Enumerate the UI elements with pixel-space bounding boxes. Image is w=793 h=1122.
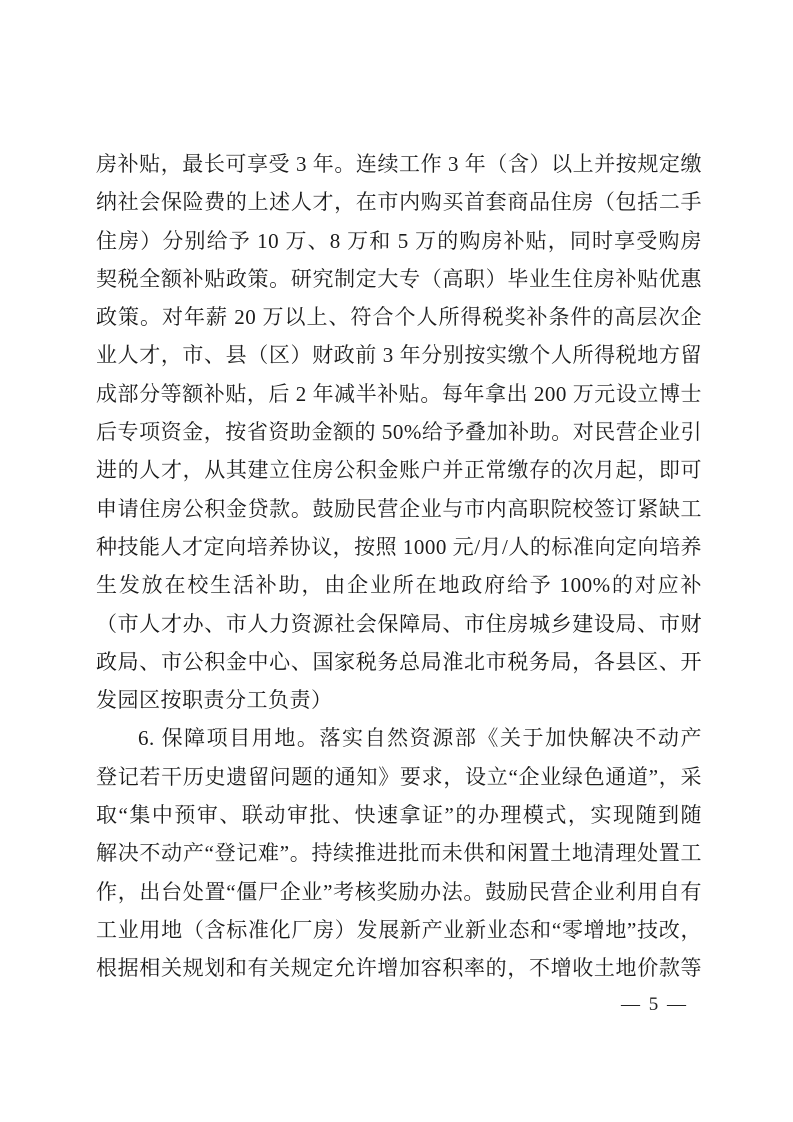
text-line: 工业用地（含标准化厂房）发展新产业新业态和“零增地”技改， bbox=[96, 911, 702, 949]
text-line: 解决不动产“登记难”。持续推进批而未供和闲置土地清理处置工 bbox=[96, 834, 702, 872]
text-line: 种技能人才定向培养协议，按照 1000 元/月/人的标准向定向培养 bbox=[96, 528, 702, 566]
document-body: 房补贴，最长可享受 3 年。连续工作 3 年（含）以上并按规定缴纳社会保险费的上… bbox=[96, 145, 702, 988]
text-line: 进的人才，从其建立住房公积金账户并正常缴存的次月起，即可 bbox=[96, 451, 702, 489]
text-line: 根据相关规划和有关规定允许增加容积率的，不增收土地价款等 bbox=[96, 949, 702, 987]
text-line: 房补贴，最长可享受 3 年。连续工作 3 年（含）以上并按规定缴 bbox=[96, 145, 702, 183]
text-line: 取“集中预审、联动审批、快速拿证”的办理模式，实现随到随办， bbox=[96, 796, 702, 834]
text-line: 政策。对年薪 20 万以上、符合个人所得税奖补条件的高层次企 bbox=[96, 298, 702, 336]
text-line: 生发放在校生活补助，由企业所在地政府给予 100%的对应补助。 bbox=[96, 566, 702, 604]
text-line: 政局、市公积金中心、国家税务总局淮北市税务局，各县区、开 bbox=[96, 643, 702, 681]
text-line: 住房）分别给予 10 万、8 万和 5 万的购房补贴，同时享受购房 bbox=[96, 222, 702, 260]
text-line: 申请住房公积金贷款。鼓励民营企业与市内高职院校签订紧缺工 bbox=[96, 490, 702, 528]
text-line: 业人才，市、县（区）财政前 3 年分别按实缴个人所得税地方留 bbox=[96, 336, 702, 374]
text-line: 登记若干历史遗留问题的通知》要求，设立“企业绿色通道”，采 bbox=[96, 758, 702, 796]
text-line: 纳社会保险费的上述人才，在市内购买首套商品住房（包括二手 bbox=[96, 183, 702, 221]
document-page: 房补贴，最长可享受 3 年。连续工作 3 年（含）以上并按规定缴纳社会保险费的上… bbox=[0, 0, 793, 1122]
text-line: 契税全额补贴政策。研究制定大专（高职）毕业生住房补贴优惠 bbox=[96, 260, 702, 298]
text-line: 6. 保障项目用地。落实自然资源部《关于加快解决不动产 bbox=[96, 719, 702, 757]
text-line: 发园区按职责分工负责） bbox=[96, 681, 702, 719]
text-line: 后专项资金，按省资助金额的 50%给予叠加补助。对民营企业引 bbox=[96, 413, 702, 451]
text-line: （市人才办、市人力资源社会保障局、市住房城乡建设局、市财 bbox=[96, 605, 702, 643]
text-line: 成部分等额补贴，后 2 年减半补贴。每年拿出 200 万元设立博士 bbox=[96, 375, 702, 413]
text-line: 作，出台处置“僵尸企业”考核奖励办法。鼓励民营企业利用自有 bbox=[96, 873, 702, 911]
page-number: — 5 — bbox=[96, 992, 688, 1018]
